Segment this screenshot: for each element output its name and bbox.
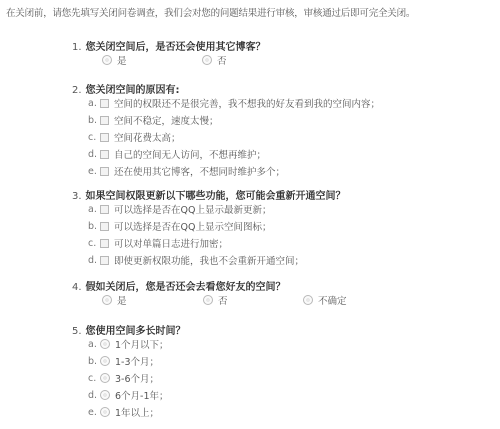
q2-option-e[interactable]: e.还在使用其它博客，不想同时维护多个； (88, 164, 285, 178)
checkbox-icon[interactable] (100, 99, 109, 108)
radio-icon[interactable] (100, 390, 110, 400)
q2-option-d[interactable]: d.自己的空间无人访问，不想再维护； (88, 147, 266, 161)
question-5-title: 5.您使用空间多长时间？ (72, 322, 186, 337)
q3-option-a[interactable]: a.可以选择是否在QQ上显示最新更新； (88, 202, 271, 216)
q4-option-unsure[interactable]: 不确定 (303, 293, 347, 307)
radio-icon[interactable] (100, 407, 110, 417)
q3-option-b[interactable]: b.可以选择是否在QQ上显示空间图标； (88, 219, 271, 233)
q5-option-e[interactable]: e.1年以上； (88, 405, 159, 419)
checkbox-icon[interactable] (100, 150, 109, 159)
radio-icon[interactable] (102, 295, 112, 305)
q5-option-b[interactable]: b.1-3个月； (88, 354, 159, 368)
q5-option-d[interactable]: d.6个月-1年； (88, 388, 169, 402)
radio-icon[interactable] (303, 295, 313, 305)
checkbox-icon[interactable] (100, 167, 109, 176)
radio-icon[interactable] (100, 373, 110, 383)
q3-option-c[interactable]: c.可以对单篇日志进行加密； (88, 236, 228, 250)
radio-icon[interactable] (100, 339, 110, 349)
q5-option-c[interactable]: c.3-6个月； (88, 371, 159, 385)
q4-option-yes[interactable]: 是 (102, 293, 127, 307)
q5-option-a[interactable]: a.1个月以下； (88, 337, 169, 351)
checkbox-icon[interactable] (100, 222, 109, 231)
question-2-title: 2.您关闭空间的原因有: (72, 81, 180, 96)
radio-icon[interactable] (202, 55, 212, 65)
q3-option-d[interactable]: d.即使更新权限功能，我也不会重新开通空间； (88, 253, 304, 267)
checkbox-icon[interactable] (100, 256, 109, 265)
q1-option-yes[interactable]: 是 (102, 53, 127, 67)
checkbox-icon[interactable] (100, 116, 109, 125)
checkbox-icon[interactable] (100, 239, 109, 248)
q2-option-a[interactable]: a.空间的权限还不是很完善，我不想我的好友看到我的空间内容； (88, 96, 380, 110)
checkbox-icon[interactable] (100, 205, 109, 214)
q2-option-c[interactable]: c.空间花费太高； (88, 130, 181, 144)
question-1-title: 1.您关闭空间后，是否还会使用其它博客？ (72, 38, 266, 53)
intro-text: 在关闭前，请您先填写关闭问卷调查，我们会对您的问题结果进行审核，审核通过后即可完… (6, 5, 415, 19)
checkbox-icon[interactable] (100, 133, 109, 142)
question-3-title: 3.如果空间权限更新以下哪些功能，您可能会重新开通空间？ (72, 187, 346, 202)
q1-option-no[interactable]: 否 (202, 53, 227, 67)
question-4-title: 4.假如关闭后，您是否还会去看您好友的空间？ (72, 278, 286, 293)
q2-option-b[interactable]: b.空间不稳定，速度太慢； (88, 113, 219, 127)
radio-icon[interactable] (203, 295, 213, 305)
q4-option-no[interactable]: 否 (203, 293, 228, 307)
radio-icon[interactable] (102, 55, 112, 65)
radio-icon[interactable] (100, 356, 110, 366)
